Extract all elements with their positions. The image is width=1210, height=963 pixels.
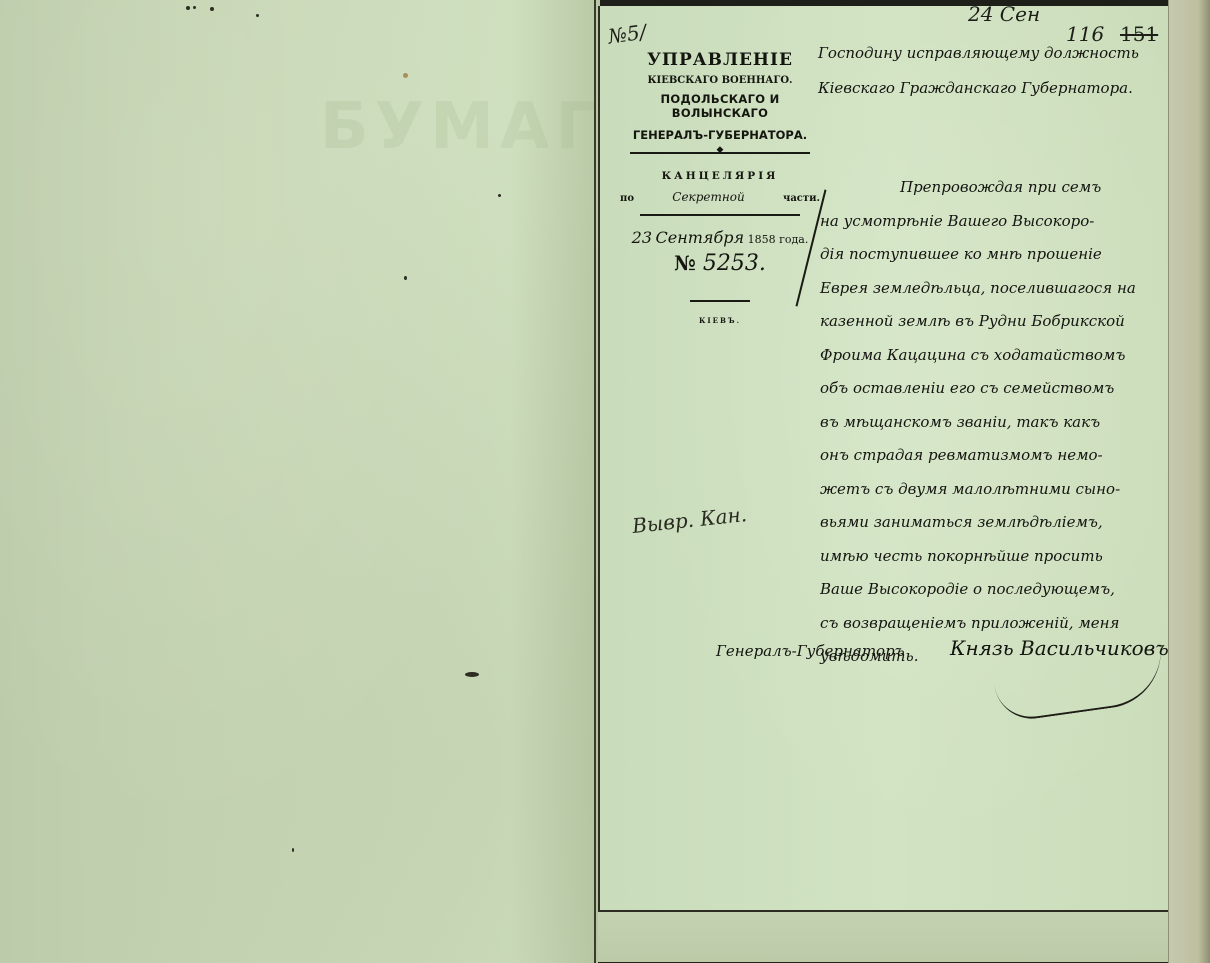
- outgoing-number: № 5253.: [620, 251, 820, 276]
- department-value: Секретной: [672, 190, 744, 204]
- body-line: въ мѣщанскомъ званіи, такъ какъ: [820, 413, 1136, 447]
- body-line: имѣю честь покорнѣйше просить: [820, 547, 1136, 581]
- body-line: вьями заниматься землѣдѣліемъ,: [820, 513, 1136, 547]
- body-line: Фроима Кацацина съ ходатайствомъ: [820, 346, 1136, 380]
- letterhead-title: УПРАВЛЕНІЕ: [620, 50, 820, 70]
- letterhead-line2: ПОДОЛЬСКАГО И ВОЛЫНСКАГО: [620, 92, 820, 120]
- archive-date-stamp: 24 Сен: [968, 2, 1040, 26]
- speck: [465, 672, 479, 677]
- watermark: БУМАГ: [320, 90, 602, 164]
- letterhead: УПРАВЛЕНІЕ КІЕВСКАГО ВОЕННАГО. ПОДОЛЬСКА…: [620, 50, 820, 325]
- underlying-sheet: [598, 910, 1198, 963]
- date-day: 23: [632, 228, 652, 247]
- ornament-rule: [640, 214, 800, 216]
- body-line: онъ страдая ревматизмомъ немо-: [820, 446, 1136, 480]
- letterhead-line1: КІЕВСКАГО ВОЕННАГО.: [620, 75, 820, 86]
- letterhead-line3: ГЕНЕРАЛЪ-ГУБЕРНАТОРА.: [620, 128, 820, 142]
- folio-number-old: 151: [1120, 22, 1158, 46]
- department-suffix: части.: [783, 193, 820, 204]
- speck: [498, 194, 501, 197]
- speck: [256, 14, 259, 17]
- page-gutter: [594, 0, 596, 963]
- body-line: объ оставленіи его съ семействомъ: [820, 379, 1136, 413]
- addressee-line: Кіевскаго Гражданскаго Губернатора.: [818, 79, 1139, 98]
- signature-title: Генералъ-Губернаторъ: [716, 642, 905, 660]
- body-line: на усмотрѣніе Вашего Высокоро-: [820, 212, 1136, 246]
- city-label: КІЕВЪ.: [620, 316, 820, 325]
- speck: [292, 848, 294, 852]
- ornament-rule: [690, 300, 750, 302]
- speck: [193, 6, 196, 9]
- department-prefix: по: [620, 193, 634, 204]
- speck: [403, 73, 408, 78]
- date-year: 1858 года.: [748, 233, 809, 246]
- letter-body: Препровождая при семъ на усмотрѣніе Ваше…: [820, 178, 1136, 681]
- date-row: 23 Сентября 1858 года.: [620, 228, 820, 247]
- department-row: по Секретной части.: [620, 190, 820, 204]
- date-month: Сентября: [656, 228, 745, 247]
- number-value: 5253.: [703, 251, 766, 276]
- speck: [210, 7, 214, 11]
- page-edge-fold: [1168, 0, 1210, 963]
- addressee-block: Господину исправляющему должность Кіевск…: [818, 44, 1139, 114]
- addressee-line: Господину исправляющему должность: [818, 44, 1139, 63]
- chancery-label: КАНЦЕЛЯРІЯ: [620, 170, 820, 182]
- speck: [404, 276, 407, 280]
- body-line: дія поступившее ко мнѣ прошеніе: [820, 245, 1136, 279]
- body-line: Ваше Высокородіе о последующемъ,: [820, 580, 1136, 614]
- ornament-rule: [630, 152, 810, 154]
- body-line: Препровождая при семъ: [820, 178, 1136, 212]
- number-sign: №: [674, 251, 696, 275]
- left-page: БУМАГ: [0, 0, 600, 963]
- speck: [186, 6, 190, 10]
- folio-number: 116: [1066, 22, 1104, 46]
- body-line: Еврея земледѣльца, поселившагося на: [820, 279, 1136, 313]
- body-line: казенной землѣ въ Рудни Бобрикской: [820, 312, 1136, 346]
- body-line: жетъ съ двумя малолѣтними сыно-: [820, 480, 1136, 514]
- document-spread: БУМАГ №5/ 24 Сен 116 151 УПРАВЛЕНІЕ КІЕВ…: [0, 0, 1210, 963]
